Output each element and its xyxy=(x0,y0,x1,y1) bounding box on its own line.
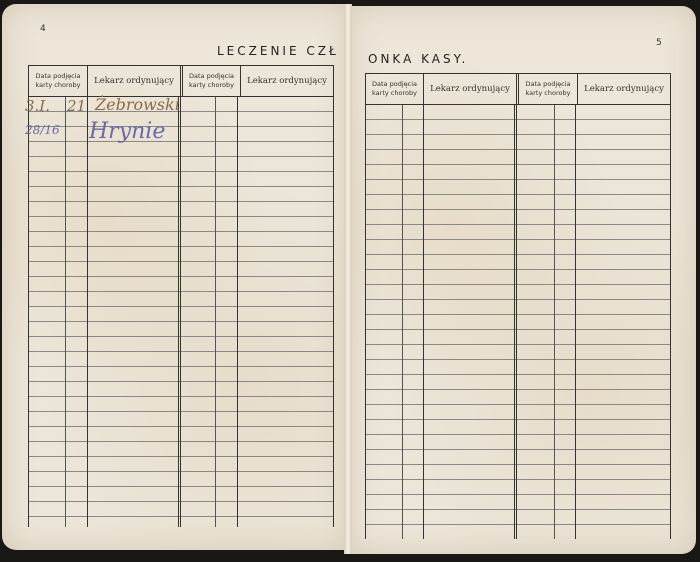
col-divider xyxy=(65,97,66,527)
col-header-doctor: Lekarz ordynujący xyxy=(241,66,333,96)
col-header-doctor: Lekarz ordynujący xyxy=(88,66,183,96)
handwritten-year: 21 xyxy=(67,97,86,115)
page-number-right: 5 xyxy=(656,38,662,48)
left-table: Data podjęcia karty choroby Lekarz ordyn… xyxy=(28,65,334,527)
col-divider xyxy=(514,105,517,539)
col-header-doctor: Lekarz ordynujący xyxy=(578,74,670,104)
handwritten-doctor: Hrynie xyxy=(89,119,165,144)
right-table-header: Data podjęcia karty choroby Lekarz ordyn… xyxy=(366,73,670,105)
right-table-rows xyxy=(366,105,670,539)
col-divider xyxy=(87,97,88,527)
col-header-date: Data podjęcia karty choroby xyxy=(366,74,424,104)
page-title-left: LECZENIE CZŁ xyxy=(217,44,339,58)
handwritten-date: 28/16 xyxy=(25,123,60,137)
col-header-date: Data podjęcia karty choroby xyxy=(519,74,578,104)
book-gutter xyxy=(344,4,352,554)
right-table: Data podjęcia karty choroby Lekarz ordyn… xyxy=(365,73,671,539)
col-divider xyxy=(554,105,555,539)
col-divider xyxy=(178,97,181,527)
col-divider xyxy=(575,105,576,539)
col-header-date: Data podjęcia karty choroby xyxy=(183,66,241,96)
col-header-date: Data podjęcia karty choroby xyxy=(29,66,88,96)
page-title-right: ONKA KASY. xyxy=(368,52,468,66)
handwritten-date: 3.I. xyxy=(25,97,50,115)
handwritten-doctor: Żebrowski xyxy=(95,95,180,114)
col-divider xyxy=(237,97,238,527)
col-divider xyxy=(215,97,216,527)
left-table-rows xyxy=(29,97,333,527)
page-number-left: 4 xyxy=(40,24,46,34)
left-table-header: Data podjęcia karty choroby Lekarz ordyn… xyxy=(29,65,333,97)
col-divider xyxy=(402,105,403,539)
col-divider xyxy=(423,105,424,539)
col-header-doctor: Lekarz ordynujący xyxy=(424,74,519,104)
